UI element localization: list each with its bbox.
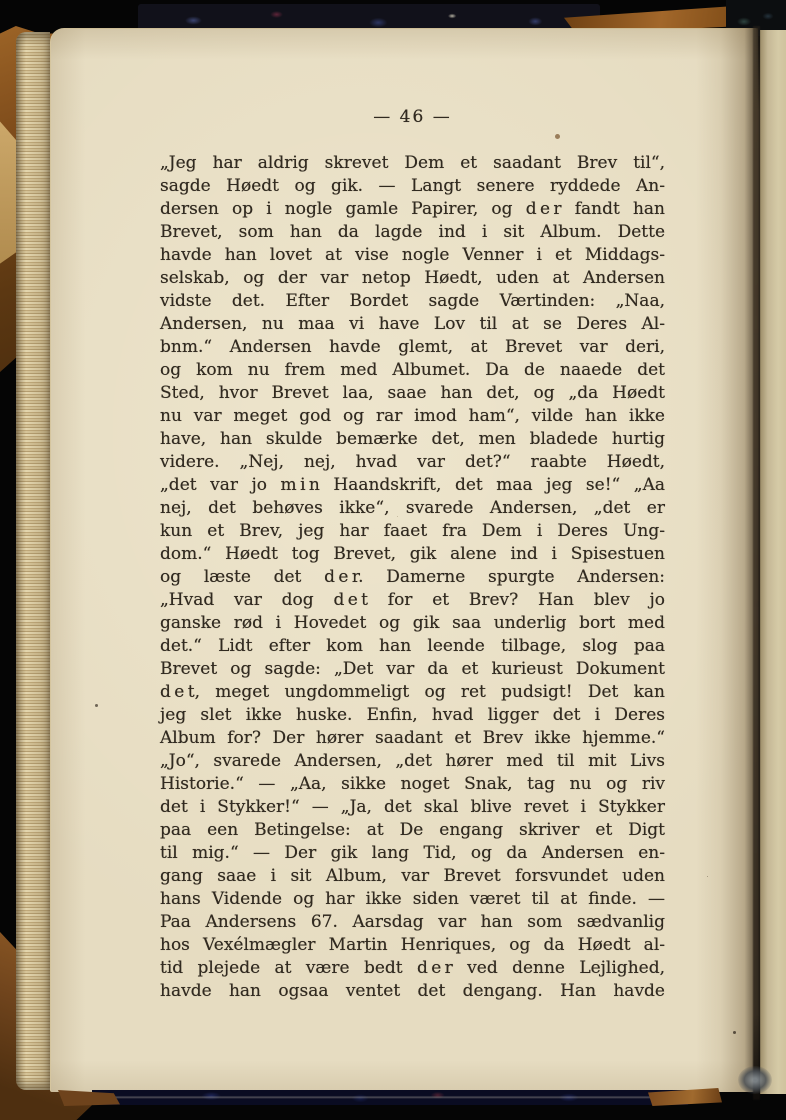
text-line: jeg slet ikke huske. Enfin, hvad ligger … — [160, 704, 665, 727]
facing-page-sliver — [760, 30, 786, 1094]
text-line: vidste det. Efter Bordet sagde Værtinden… — [160, 290, 665, 313]
text-line: nu var meget god og rar imod ham“, vilde… — [160, 405, 665, 428]
text-line: gang saae i sit Album, var Brevet forsvu… — [160, 865, 665, 888]
text-line: havde han lovet at vise nogle Venner i e… — [160, 244, 665, 267]
text-line: kun et Brev, jeg har faaet fra Dem i Der… — [160, 520, 665, 543]
text-line: „Hvad var dog d e t for et Brev? Han ble… — [160, 589, 665, 612]
text-line: hos Vexélmægler Martin Henriques, og da … — [160, 934, 665, 957]
text-line: dom.“ Høedt tog Brevet, gik alene ind i … — [160, 543, 665, 566]
text-line: Historie.“ — „Aa, sikke noget Snak, tag … — [160, 773, 665, 796]
gutter-fold-line — [753, 26, 760, 1100]
text-line: ganske rød i Hovedet og gik saa underlig… — [160, 612, 665, 635]
page-fore-edges — [16, 32, 50, 1090]
text-line: selskab, og der var netop Høedt, uden at… — [160, 267, 665, 290]
marbled-cover-bottom-edge — [92, 1090, 688, 1105]
text-line: og læste det d e r. Damerne spurgte Ande… — [160, 566, 665, 589]
page-text: „Jeg har aldrig skrevet Dem et saadant B… — [160, 152, 665, 1003]
text-line: Brevet og sagde: „Det var da et kurieust… — [160, 658, 665, 681]
text-line: d e t, meget ungdommeligt og ret pudsigt… — [160, 681, 665, 704]
text-line: til mig.“ — Der gik lang Tid, og da Ande… — [160, 842, 665, 865]
text-line: nej, det behøves ikke“, svarede Andersen… — [160, 497, 665, 520]
text-line: Andersen, nu maa vi have Lov til at se D… — [160, 313, 665, 336]
text-line: Paa Andersens 67. Aarsdag var han som sæ… — [160, 911, 665, 934]
text-line: „Jeg har aldrig skrevet Dem et saadant B… — [160, 152, 665, 175]
gutter-shadow — [696, 28, 758, 1092]
text-line: Brevet, som han da lagde ind i sit Album… — [160, 221, 665, 244]
text-line: det.“ Lidt efter kom han leende tilbage,… — [160, 635, 665, 658]
text-line: bnm.“ Andersen havde glemt, at Brevet va… — [160, 336, 665, 359]
text-line: hans Vidende og har ikke siden været til… — [160, 888, 665, 911]
text-line: paa een Betingelse: at De engang skriver… — [160, 819, 665, 842]
page-number: — 46 — — [160, 107, 665, 130]
text-line: „Jo“, svarede Andersen, „det hører med t… — [160, 750, 665, 773]
book-page: — 46 — „Jeg har aldrig skrevet Dem et sa… — [50, 28, 758, 1092]
paper-specks — [555, 134, 560, 139]
text-line: dersen op i nogle gamle Papirer, og d e … — [160, 198, 665, 221]
text-line: videre. „Nej, nej, hvad var det?“ raabte… — [160, 451, 665, 474]
gutter-binding-knot — [738, 1066, 772, 1094]
text-line: have, han skulde bemærke det, men bladed… — [160, 428, 665, 451]
text-line: Album for? Der hører saadant et Brev ikk… — [160, 727, 665, 750]
text-line: det i Stykker!“ — „Ja, det skal blive re… — [160, 796, 665, 819]
text-line: „det var jo m i n Haandskrift, det maa j… — [160, 474, 665, 497]
text-line: Sted, hvor Brevet laa, saae han det, og … — [160, 382, 665, 405]
text-line: sagde Høedt og gik. — Langt senere rydde… — [160, 175, 665, 198]
book-scan: — 46 — „Jeg har aldrig skrevet Dem et sa… — [0, 0, 786, 1120]
text-line: havde han ogsaa ventet det dengang. Han … — [160, 980, 665, 1003]
text-line: og kom nu frem med Albumet. Da de naaede… — [160, 359, 665, 382]
text-line: tid plejede at være bedt d e r ved denne… — [160, 957, 665, 980]
